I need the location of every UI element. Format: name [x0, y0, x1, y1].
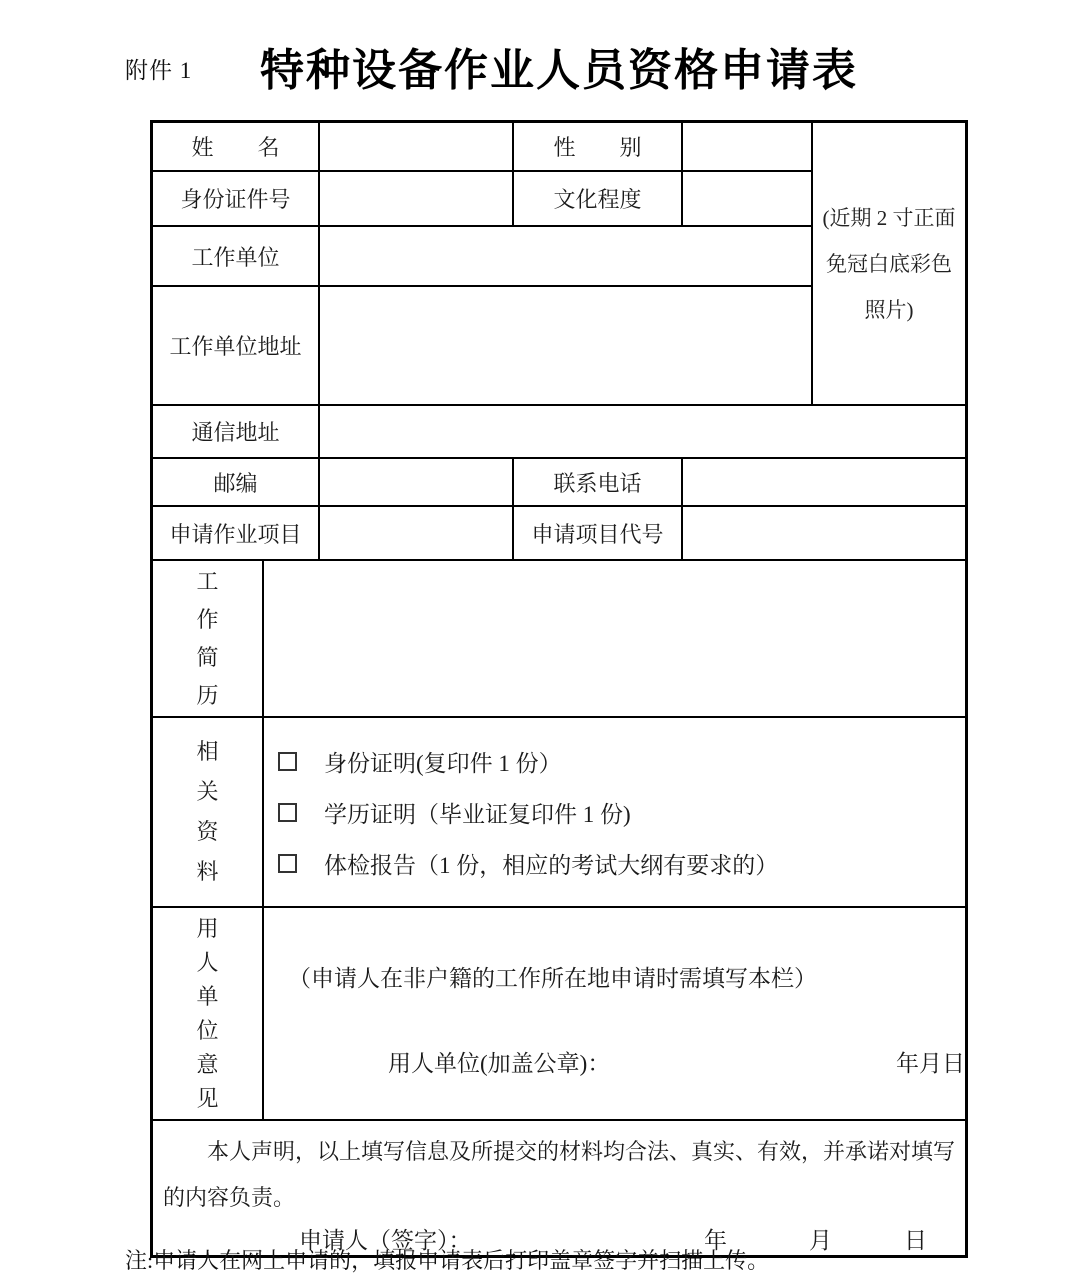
- employer-stamp-label: 用人单位(加盖公章)：: [388, 1045, 610, 1078]
- postal-code-label: 邮编: [153, 458, 319, 506]
- name-label: 姓 名: [153, 123, 319, 171]
- postal-code-value-cell[interactable]: [319, 458, 513, 506]
- declaration-cell: 本人声明，以上填写信息及所提交的材料均合法、真实、有效，并承诺对填写的内容负责。…: [153, 1121, 965, 1255]
- table-row: 工作简历: [153, 561, 965, 717]
- medical-report-item-label: 体检报告（1 份，相应的考试大纲有要求的）: [324, 847, 778, 880]
- signature-day-label: 日: [904, 1222, 927, 1255]
- work-resume-label: 工作简历: [196, 563, 220, 715]
- employer-month-label: 月: [919, 1045, 942, 1078]
- work-unit-label: 工作单位: [153, 226, 319, 286]
- materials-list-cell: 身份证明(复印件 1 份） 学历证明（毕业证复印件 1 份) 体检报告（1 份，…: [263, 717, 965, 907]
- work-unit-value-cell[interactable]: [319, 226, 812, 286]
- photo-note-line1: (近期 2 寸正面: [813, 195, 965, 241]
- id-proof-item-label: 身份证明(复印件 1 份）: [324, 745, 562, 778]
- employer-day-label: 日: [942, 1045, 965, 1078]
- employer-year-label: 年: [896, 1045, 919, 1078]
- work-resume-value-cell[interactable]: [263, 561, 965, 717]
- table-row: 邮编 联系电话: [153, 458, 965, 506]
- project-code-value-cell[interactable]: [682, 506, 965, 560]
- project-code-label: 申请项目代号: [513, 506, 682, 560]
- declaration-section: 本人声明，以上填写信息及所提交的材料均合法、真实、有效，并承诺对填写的内容负责。…: [153, 1121, 965, 1255]
- table-row: 姓 名 性 别 (近期 2 寸正面 免冠白底彩色 照片): [153, 123, 965, 171]
- id-number-label: 身份证件号: [153, 171, 319, 226]
- name-value-cell[interactable]: [319, 123, 513, 171]
- phone-value-cell[interactable]: [682, 458, 965, 506]
- education-proof-checkbox-icon[interactable]: [278, 803, 297, 822]
- medical-report-checkbox-icon[interactable]: [278, 854, 297, 873]
- work-resume-label-cell: 工作简历: [153, 561, 263, 717]
- education-label: 文化程度: [513, 171, 682, 226]
- photo-placeholder: (近期 2 寸正面 免冠白底彩色 照片): [812, 123, 965, 405]
- gender-label: 性 别: [513, 123, 682, 171]
- employer-date-fields: 年 月 日: [896, 1045, 965, 1078]
- list-item: 体检报告（1 份，相应的考试大纲有要求的）: [278, 847, 955, 880]
- table-row: 本人声明，以上填写信息及所提交的材料均合法、真实、有效，并承诺对填写的内容负责。…: [153, 1121, 965, 1255]
- employer-stamp-line: 用人单位(加盖公章)： 年 月 日: [264, 1045, 965, 1078]
- page-title: 特种设备作业人员资格申请表: [150, 34, 968, 98]
- detail-section: 工作简历 相关资料 身份证明(复印件 1 份）: [153, 561, 965, 1121]
- id-proof-checkbox-icon[interactable]: [278, 752, 297, 771]
- application-form-page: 附件 1 特种设备作业人员资格申请表 姓 名 性 别 (近期 2 寸正面 免冠白…: [0, 0, 1088, 1282]
- employer-opinion-label: 用人单位意见: [196, 912, 220, 1116]
- mailing-address-value-cell[interactable]: [319, 405, 965, 458]
- table-row: 相关资料 身份证明(复印件 1 份） 学历证明（毕业证复印件 1 份): [153, 717, 965, 907]
- employer-opinion-cell[interactable]: （申请人在非户籍的工作所在地申请时需填写本栏） 用人单位(加盖公章)： 年 月 …: [263, 907, 965, 1120]
- declaration-statement: 本人声明，以上填写信息及所提交的材料均合法、真实、有效，并承诺对填写的内容负责。: [163, 1129, 963, 1221]
- materials-list: 身份证明(复印件 1 份） 学历证明（毕业证复印件 1 份) 体检报告（1 份，…: [264, 721, 965, 904]
- mailing-address-label: 通信地址: [153, 405, 319, 458]
- photo-note-line2: 免冠白底彩色: [813, 241, 965, 287]
- materials-label: 相关资料: [196, 732, 220, 892]
- materials-label-cell: 相关资料: [153, 717, 263, 907]
- applied-project-value-cell[interactable]: [319, 506, 513, 560]
- education-proof-item-label: 学历证明（毕业证复印件 1 份): [324, 796, 631, 829]
- personal-info-section: 姓 名 性 别 (近期 2 寸正面 免冠白底彩色 照片) 身份证件号 文化程度 …: [153, 123, 965, 561]
- employer-opinion-label-cell: 用人单位意见: [153, 907, 263, 1120]
- list-item: 学历证明（毕业证复印件 1 份): [278, 796, 955, 829]
- application-form-table: 姓 名 性 别 (近期 2 寸正面 免冠白底彩色 照片) 身份证件号 文化程度 …: [150, 120, 968, 1258]
- work-unit-address-label: 工作单位地址: [153, 286, 319, 405]
- table-row: 用人单位意见 （申请人在非户籍的工作所在地申请时需填写本栏） 用人单位(加盖公章…: [153, 907, 965, 1120]
- education-value-cell[interactable]: [682, 171, 812, 226]
- id-number-value-cell[interactable]: [319, 171, 513, 226]
- photo-note-line3: 照片): [813, 287, 965, 333]
- gender-value-cell[interactable]: [682, 123, 812, 171]
- form-header: 附件 1 特种设备作业人员资格申请表: [0, 0, 1088, 120]
- signature-month-label: 月: [809, 1222, 832, 1255]
- table-row: 通信地址: [153, 405, 965, 458]
- employer-opinion-note: （申请人在非户籍的工作所在地申请时需填写本栏）: [288, 960, 965, 993]
- list-item: 身份证明(复印件 1 份）: [278, 745, 955, 778]
- applied-project-label: 申请作业项目: [153, 506, 319, 560]
- table-row: 申请作业项目 申请项目代号: [153, 506, 965, 560]
- phone-label: 联系电话: [513, 458, 682, 506]
- work-unit-address-value-cell[interactable]: [319, 286, 812, 405]
- footer-note: 注:申请人在网上申请的，填报申请表后打印盖章签字并扫描上传。: [125, 1244, 769, 1275]
